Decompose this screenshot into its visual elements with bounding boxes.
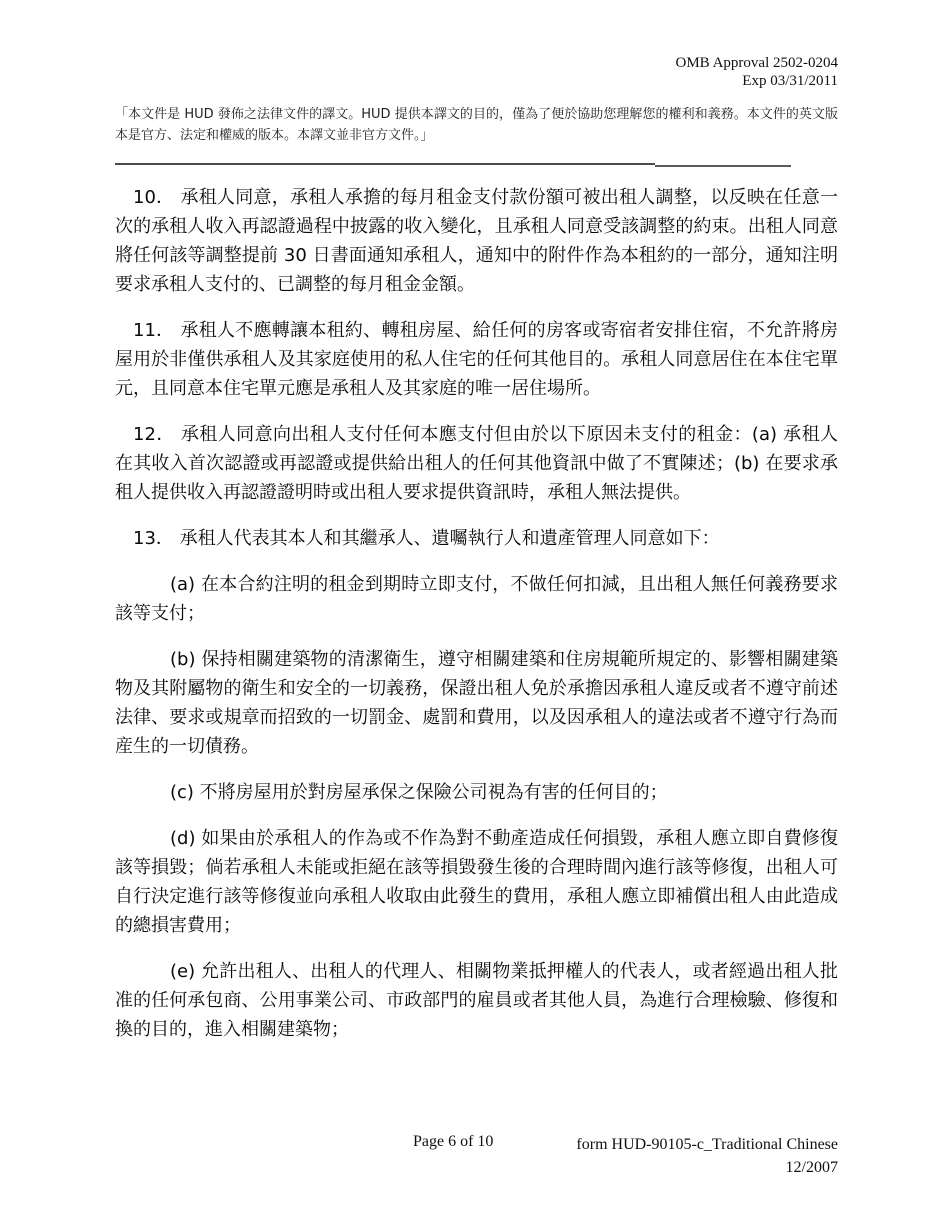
paragraph-11: 11． 承租人不應轉讓本租約、轉租房屋、給任何的房客或寄宿者安排住宿，不允許將房… (115, 316, 838, 403)
separator-line-left-segment (115, 163, 655, 165)
page-number: Page 6 of 10 (413, 1133, 493, 1151)
form-date-text: 12/2007 (576, 1156, 838, 1179)
translation-disclaimer: 「本文件是 HUD 發佈之法律文件的譯文。HUD 提供本譯文的目的，僅為了便於協… (115, 104, 838, 146)
document-page: OMB Approval 2502-0204 Exp 03/31/2011 「本… (0, 0, 950, 1230)
paragraph-13: 13． 承租人代表其本人和其繼承人、遺囑執行人和遺產管理人同意如下： (115, 524, 838, 553)
paragraph-13b: (b) 保持相關建築物的清潔衛生，遵守相關建築和住房規範所規定的、影響相關建築物… (115, 645, 838, 761)
separator-line-right-segment (655, 165, 791, 167)
form-identifier-block: form HUD-90105-c_Traditional Chinese 12/… (576, 1133, 838, 1179)
separator-line (115, 162, 791, 170)
omb-header: OMB Approval 2502-0204 Exp 03/31/2011 (676, 54, 839, 90)
omb-expiration-text: Exp 03/31/2011 (676, 72, 839, 90)
omb-approval-text: OMB Approval 2502-0204 (676, 54, 839, 72)
form-id-text: form HUD-90105-c_Traditional Chinese (576, 1133, 838, 1156)
paragraph-12: 12． 承租人同意向出租人支付任何本應支付但由於以下原因未支付的租金：(a) 承… (115, 420, 838, 507)
paragraph-13d: (d) 如果由於承租人的作為或不作為對不動產造成任何損毀，承租人應立即自費修復該… (115, 824, 838, 940)
lease-terms-body: 10． 承租人同意，承租人承擔的每月租金支付款份額可被出租人調整，以反映在任意一… (115, 183, 838, 1061)
paragraph-13e: (e) 允許出租人、出租人的代理人、相關物業抵押權人的代表人，或者經過出租人批准… (115, 957, 838, 1044)
paragraph-13c: (c) 不將房屋用於對房屋承保之保險公司視為有害的任何目的； (115, 778, 838, 807)
paragraph-13a: (a) 在本合約注明的租金到期時立即支付，不做任何扣減，且出租人無任何義務要求該… (115, 570, 838, 628)
paragraph-10: 10． 承租人同意，承租人承擔的每月租金支付款份額可被出租人調整，以反映在任意一… (115, 183, 838, 299)
